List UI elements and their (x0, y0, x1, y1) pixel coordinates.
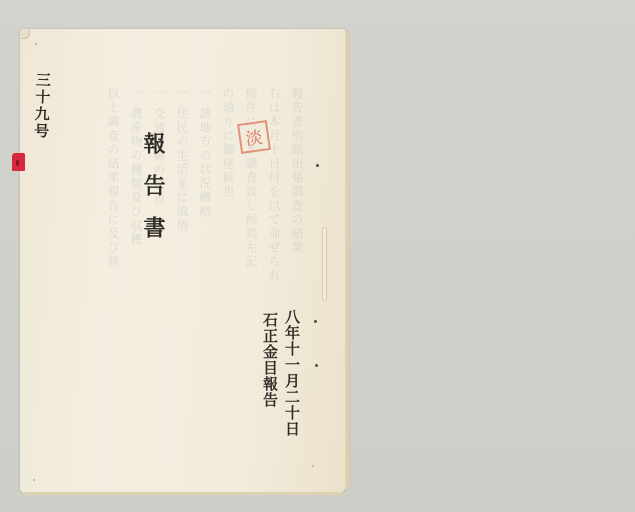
date-line: 八年十一月二十日 (282, 309, 303, 437)
binding-hole (314, 320, 317, 323)
scan-background: 報告書別紙出張調査の結果 右は本月十日付を以て命ぜられ 候件に付き調査致し候処左… (0, 0, 635, 512)
binding-slit (322, 227, 327, 301)
serial-number: 三十九号 (31, 72, 54, 141)
ghost-text-column: の通りに御座候也 (220, 87, 235, 447)
author-line: 石正金目報告 (260, 312, 281, 408)
paper-speck (33, 479, 35, 481)
binding-hole (316, 164, 319, 167)
binding-hole (315, 364, 318, 367)
seal-stamp: 淡 (237, 120, 271, 154)
document-page: 報告書別紙出張調査の結果 右は本月十日付を以て命ぜられ 候件に付き調査致し候処左… (20, 29, 346, 493)
ghost-text-column: 一 該地方の状況概略 (197, 87, 212, 447)
ghost-text-column: 一 住民の生活並に風俗 (174, 87, 189, 447)
document-title: 報告書 (138, 132, 169, 258)
red-tab-marker (12, 153, 25, 171)
corner-fold (20, 29, 29, 38)
ghost-text-column: 以上調査の結果報告に及び候 (105, 87, 120, 447)
page-edge (22, 492, 344, 495)
paper-speck (312, 465, 314, 467)
paper-speck (35, 43, 37, 45)
